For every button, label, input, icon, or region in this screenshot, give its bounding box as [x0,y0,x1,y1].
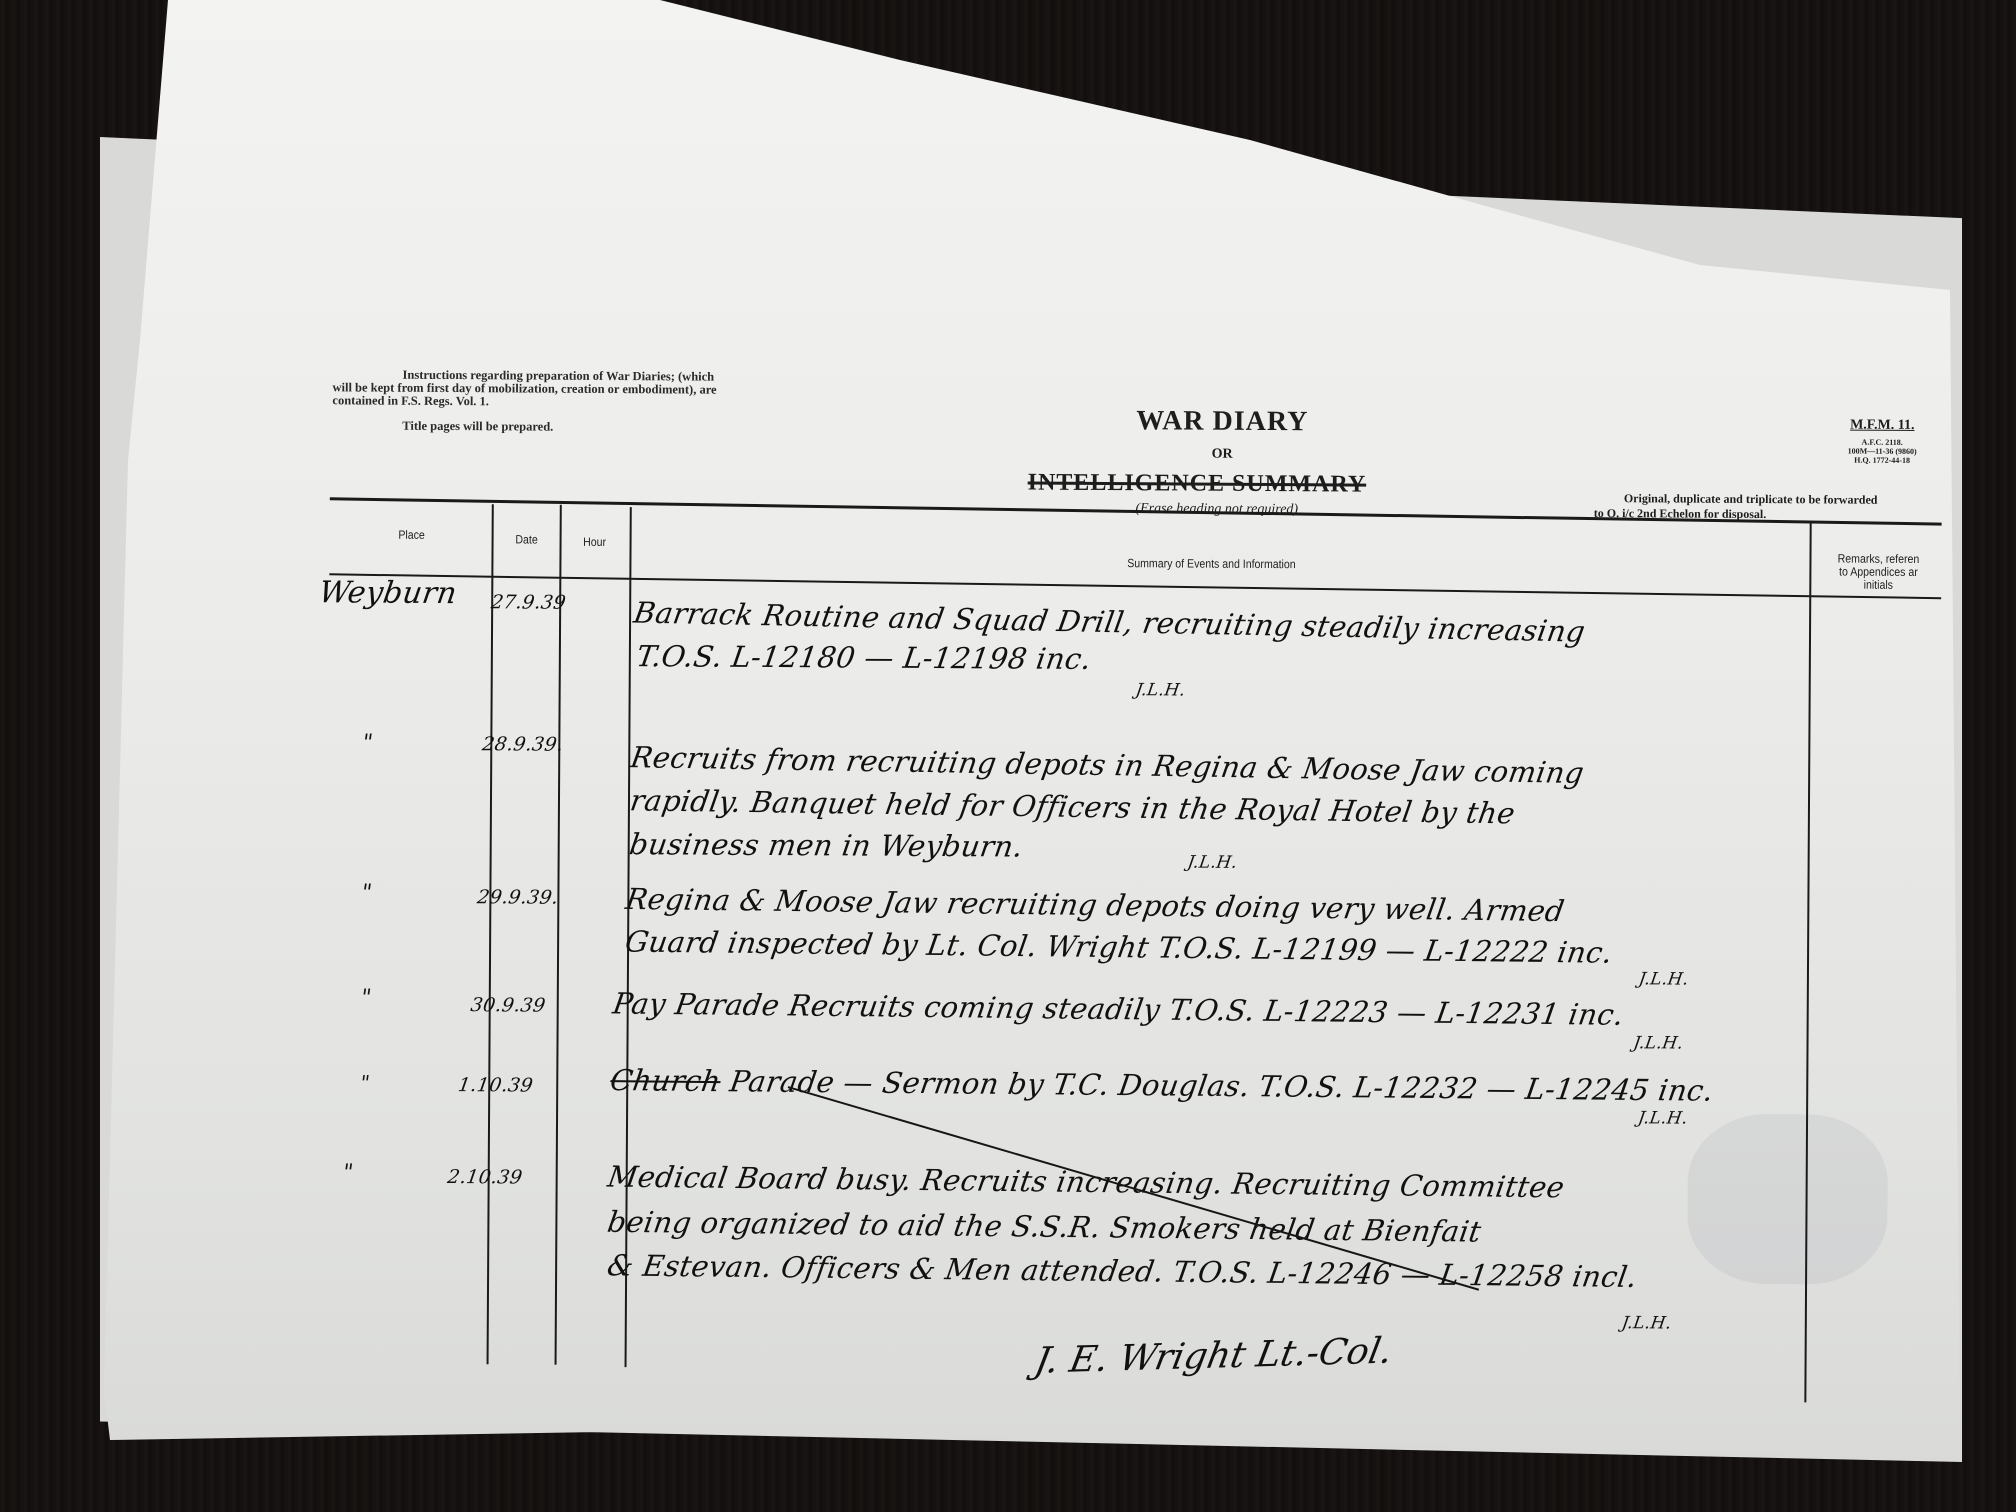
entry-5-date: 1.10.39 [457,1074,535,1096]
column-header-place: Place [376,528,446,542]
entry-5-initials: J.L.H. [1637,1108,1690,1128]
entry-2-line-3: business men in Weyburn. [627,827,1025,863]
instructions-text: Instructions regarding preparation of Wa… [332,368,732,409]
war-diary-form: Instructions regarding preparation of Wa… [0,0,2016,1512]
entry-6-place: " [341,1160,355,1185]
entry-3-initials: J.L.H. [1637,969,1690,989]
column-header-summary: Summary of Events and Information [1027,556,1397,572]
form-number-block: M.F.M. 11. A.F.C. 2118. 100M—11-36 (9860… [1822,419,1942,465]
column-header-remarks: Remarks, referen to Appendices ar initia… [1821,552,1936,592]
entry-1-initials: J.L.H. [1134,680,1187,700]
title-or: OR [1162,446,1282,463]
entry-5-entry: Church Parade — Sermon by T.C. Douglas. … [608,1063,1716,1108]
entry-2-initials: J.L.H. [1186,853,1239,873]
entry-3-date: 29.9.39. [476,886,560,908]
title-pages-note: Title pages will be prepared. [332,419,732,434]
form-code-3: H.Q. 1772-44-18 [1822,455,1942,465]
commanding-officer-signature: J. E. Wright Lt.-Col. [1032,1331,1396,1382]
remarks-line-3: initials [1821,578,1935,592]
entry-2-place: " [361,731,375,756]
entry-1-place: Weyburn [317,575,460,611]
entry-1-line-2: T.O.S. L-12180 — L-12198 inc. [634,639,1093,676]
col-rule-date-hour [555,505,562,1365]
entry-5-place: " [359,1070,372,1094]
entry-2-line-1: Recruits from recruiting depots in Regin… [628,740,1586,790]
header-bottom-rule [329,573,1941,599]
entry-6-line-1: Medical Board busy. Recruits increasing.… [605,1160,1566,1205]
column-header-hour: Hour [567,535,622,549]
entry-4-line-1: Pay Parade Recruits coming steadily T.O.… [611,986,1627,1031]
entry-3-place: " [360,881,374,906]
faint-stamp [1687,1114,1888,1285]
entry-2-date: 28.9.39. [481,733,565,755]
entry-6-line-2: being organized to aid the S.S.R. Smoker… [605,1205,1483,1249]
entry-6-initials: J.L.H. [1620,1313,1673,1333]
entry-4-place: " [359,985,373,1010]
form-number: M.F.M. 11. [1822,419,1942,432]
entry-5-struck-word: Church [608,1063,723,1098]
entry-2-line-2: rapidly. Banquet held for Officers in th… [628,783,1518,830]
col-rule-place-date [487,504,494,1364]
entry-4-date: 30.9.39 [469,994,547,1016]
struck-title: INTELLIGENCE SUMMARY [967,469,1427,499]
column-header-date: Date [500,532,553,546]
entry-6-line-3: & Estevan. Officers & Men attended. T.O.… [605,1248,1639,1294]
entry-1-date: 27.9.39 [490,591,568,613]
entry-3-line-2: Guard inspected by Lt. Col. Wright T.O.S… [623,925,1615,970]
entry-6-date: 2.10.39 [446,1166,524,1188]
entry-5-line-1: Parade — Sermon by T.C. Douglas. T.O.S. … [728,1064,1716,1107]
entry-3-line-1: Regina & Moose Jaw recruiting depots doi… [623,882,1567,928]
instructions-block: Instructions regarding preparation of Wa… [332,368,732,434]
page-title: WAR DIARY [1062,405,1382,439]
entry-4-initials: J.L.H. [1632,1033,1685,1053]
